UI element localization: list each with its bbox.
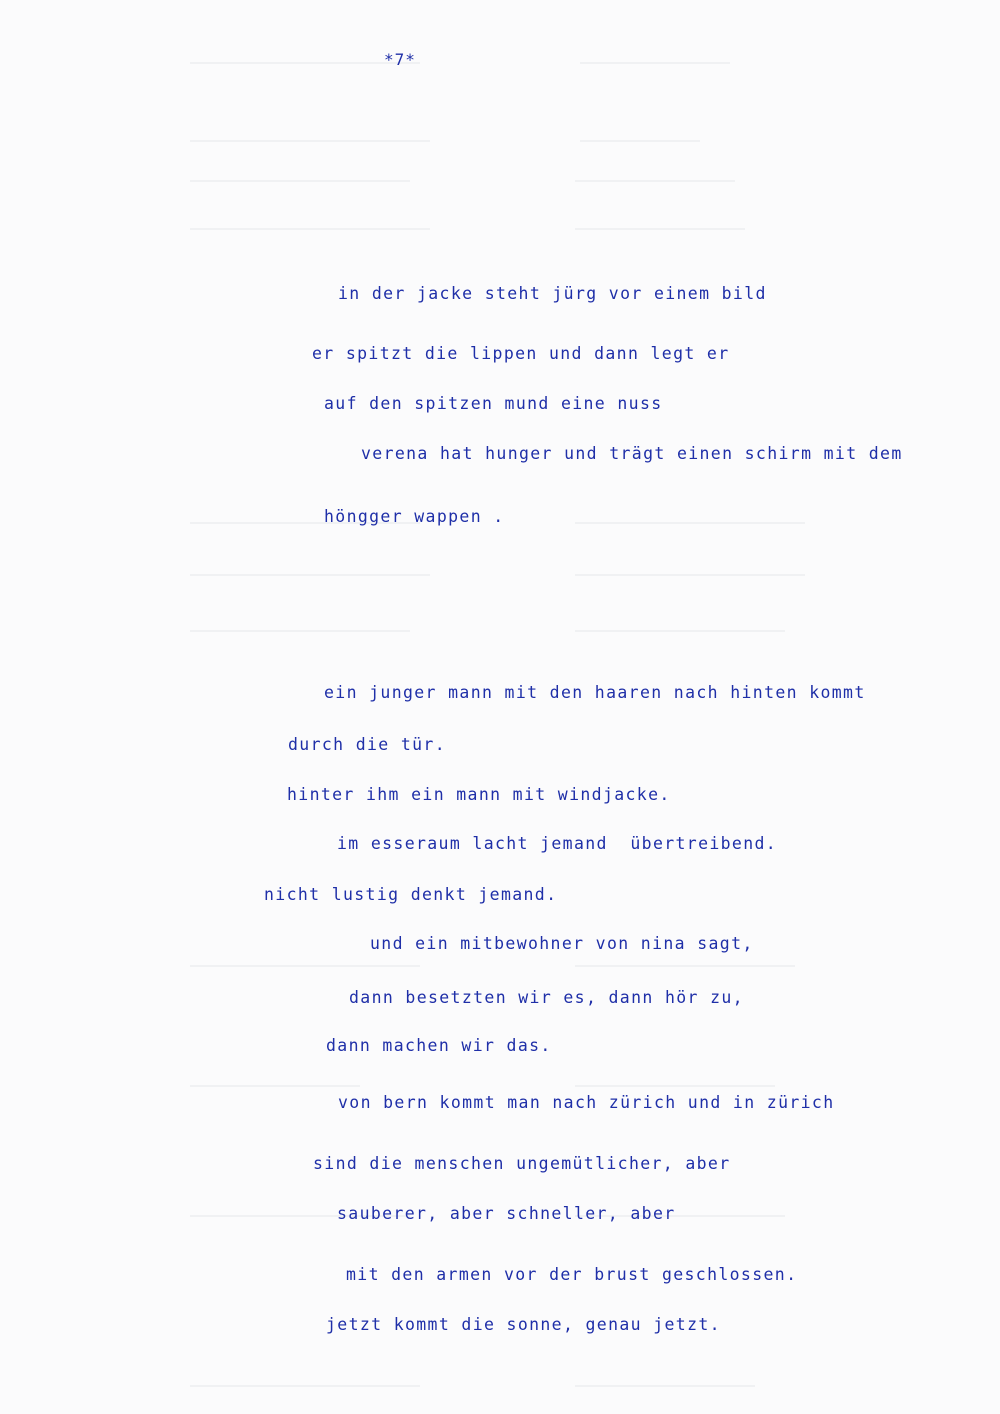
text-line: auf den spitzen mund eine nuss — [324, 394, 663, 414]
text-line: in der jacke steht jürg vor einem bild — [338, 284, 767, 304]
text-line: im esseraum lacht jemand übertreibend. — [337, 834, 777, 854]
text-line: sind die menschen ungemütlicher, aber — [313, 1154, 731, 1174]
text-line: sauberer, aber schneller, aber — [337, 1204, 676, 1224]
text-line: höngger wappen . — [324, 507, 505, 527]
text-line: dann besetzten wir es, dann hör zu, — [349, 988, 744, 1008]
text-line: ein junger mann mit den haaren nach hint… — [324, 683, 866, 703]
text-line: von bern kommt man nach zürich und in zü… — [338, 1093, 835, 1113]
text-line: nicht lustig denkt jemand. — [264, 885, 557, 905]
text-line: hinter ihm ein mann mit windjacke. — [287, 785, 671, 805]
text-line: durch die tür. — [288, 735, 446, 755]
text-line: und ein mitbewohner von nina sagt, — [370, 934, 754, 954]
text-line: dann machen wir das. — [326, 1036, 552, 1056]
page-number: *7* — [384, 50, 416, 70]
text-line: jetzt kommt die sonne, genau jetzt. — [326, 1315, 721, 1335]
text-line: verena hat hunger und trägt einen schirm… — [361, 444, 903, 464]
text-line: mit den armen vor der brust geschlossen. — [346, 1265, 797, 1285]
text-line: er spitzt die lippen und dann legt er — [312, 344, 730, 364]
